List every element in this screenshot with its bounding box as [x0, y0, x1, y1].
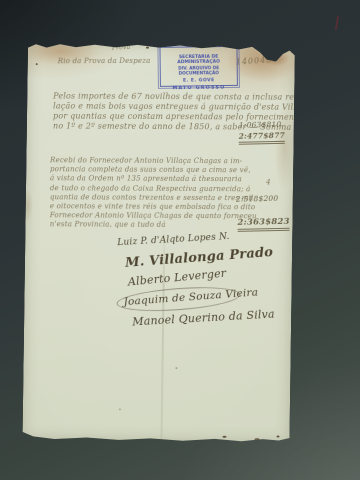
- stamp-line-2: DIV. ARQUIVO DE DOCUMENTAÇÃO: [161, 65, 237, 76]
- signature-3: Alberto Leverger: [127, 267, 226, 289]
- margin-amount-total-1: 2:477$877: [239, 131, 286, 145]
- margin-amount-total-2: 2:363$823: [237, 217, 290, 232]
- ink-speck: [146, 47, 149, 49]
- header-scribble: Prova: [112, 44, 131, 52]
- paragraph-2-line: n'esta Provincia, que a tudo dá: [50, 221, 257, 231]
- stamp-line-4: MATO GROSSO: [161, 84, 237, 90]
- stamp-line-1: SECRETARIA DE ADMINISTRAÇÃO: [161, 54, 237, 65]
- edge-chip: [277, 436, 280, 438]
- margin-amount-1: 1:063$810: [239, 120, 282, 130]
- document-paper: SECRETARIA DE ADMINISTRAÇÃO DIV. ARQUIVO…: [22, 43, 295, 443]
- archive-stamp-text: SECRETARIA DE ADMINISTRAÇÃO DIV. ARQUIVO…: [161, 54, 237, 93]
- foxing-dot: [175, 367, 177, 369]
- signature-2: M. Villalonga Prado: [125, 245, 274, 271]
- ink-speck: [36, 63, 38, 65]
- margin-amount-2: 2:518$200: [236, 194, 279, 204]
- paragraph-2-line: á vista da Ordem nº 135 apresentada á th…: [50, 175, 257, 185]
- signature-1: Luiz P. d'Alqto Lopes N.: [117, 232, 230, 248]
- header-place-line: Rio da Prova da Despeza: [58, 57, 151, 65]
- edge-chip: [223, 436, 227, 438]
- photo-backdrop: SECRETARIA DE ADMINISTRAÇÃO DIV. ARQUIVO…: [0, 0, 360, 480]
- backdrop-scratch-mark: [335, 16, 339, 30]
- stamp-line-3: E. E. GOVE: [161, 77, 237, 83]
- archive-stamp: SECRETARIA DE ADMINISTRAÇÃO DIV. ARQUIVO…: [159, 46, 237, 87]
- edge-chip: [254, 438, 259, 440]
- margin-mark: 4: [266, 178, 271, 186]
- paragraph-2: Recebi do Fornecedor Antonio Villaça Cha…: [50, 156, 257, 231]
- stain-left-edge: [22, 189, 32, 223]
- foxing-dot: [119, 408, 121, 410]
- registry-number: 1400450: [236, 55, 279, 67]
